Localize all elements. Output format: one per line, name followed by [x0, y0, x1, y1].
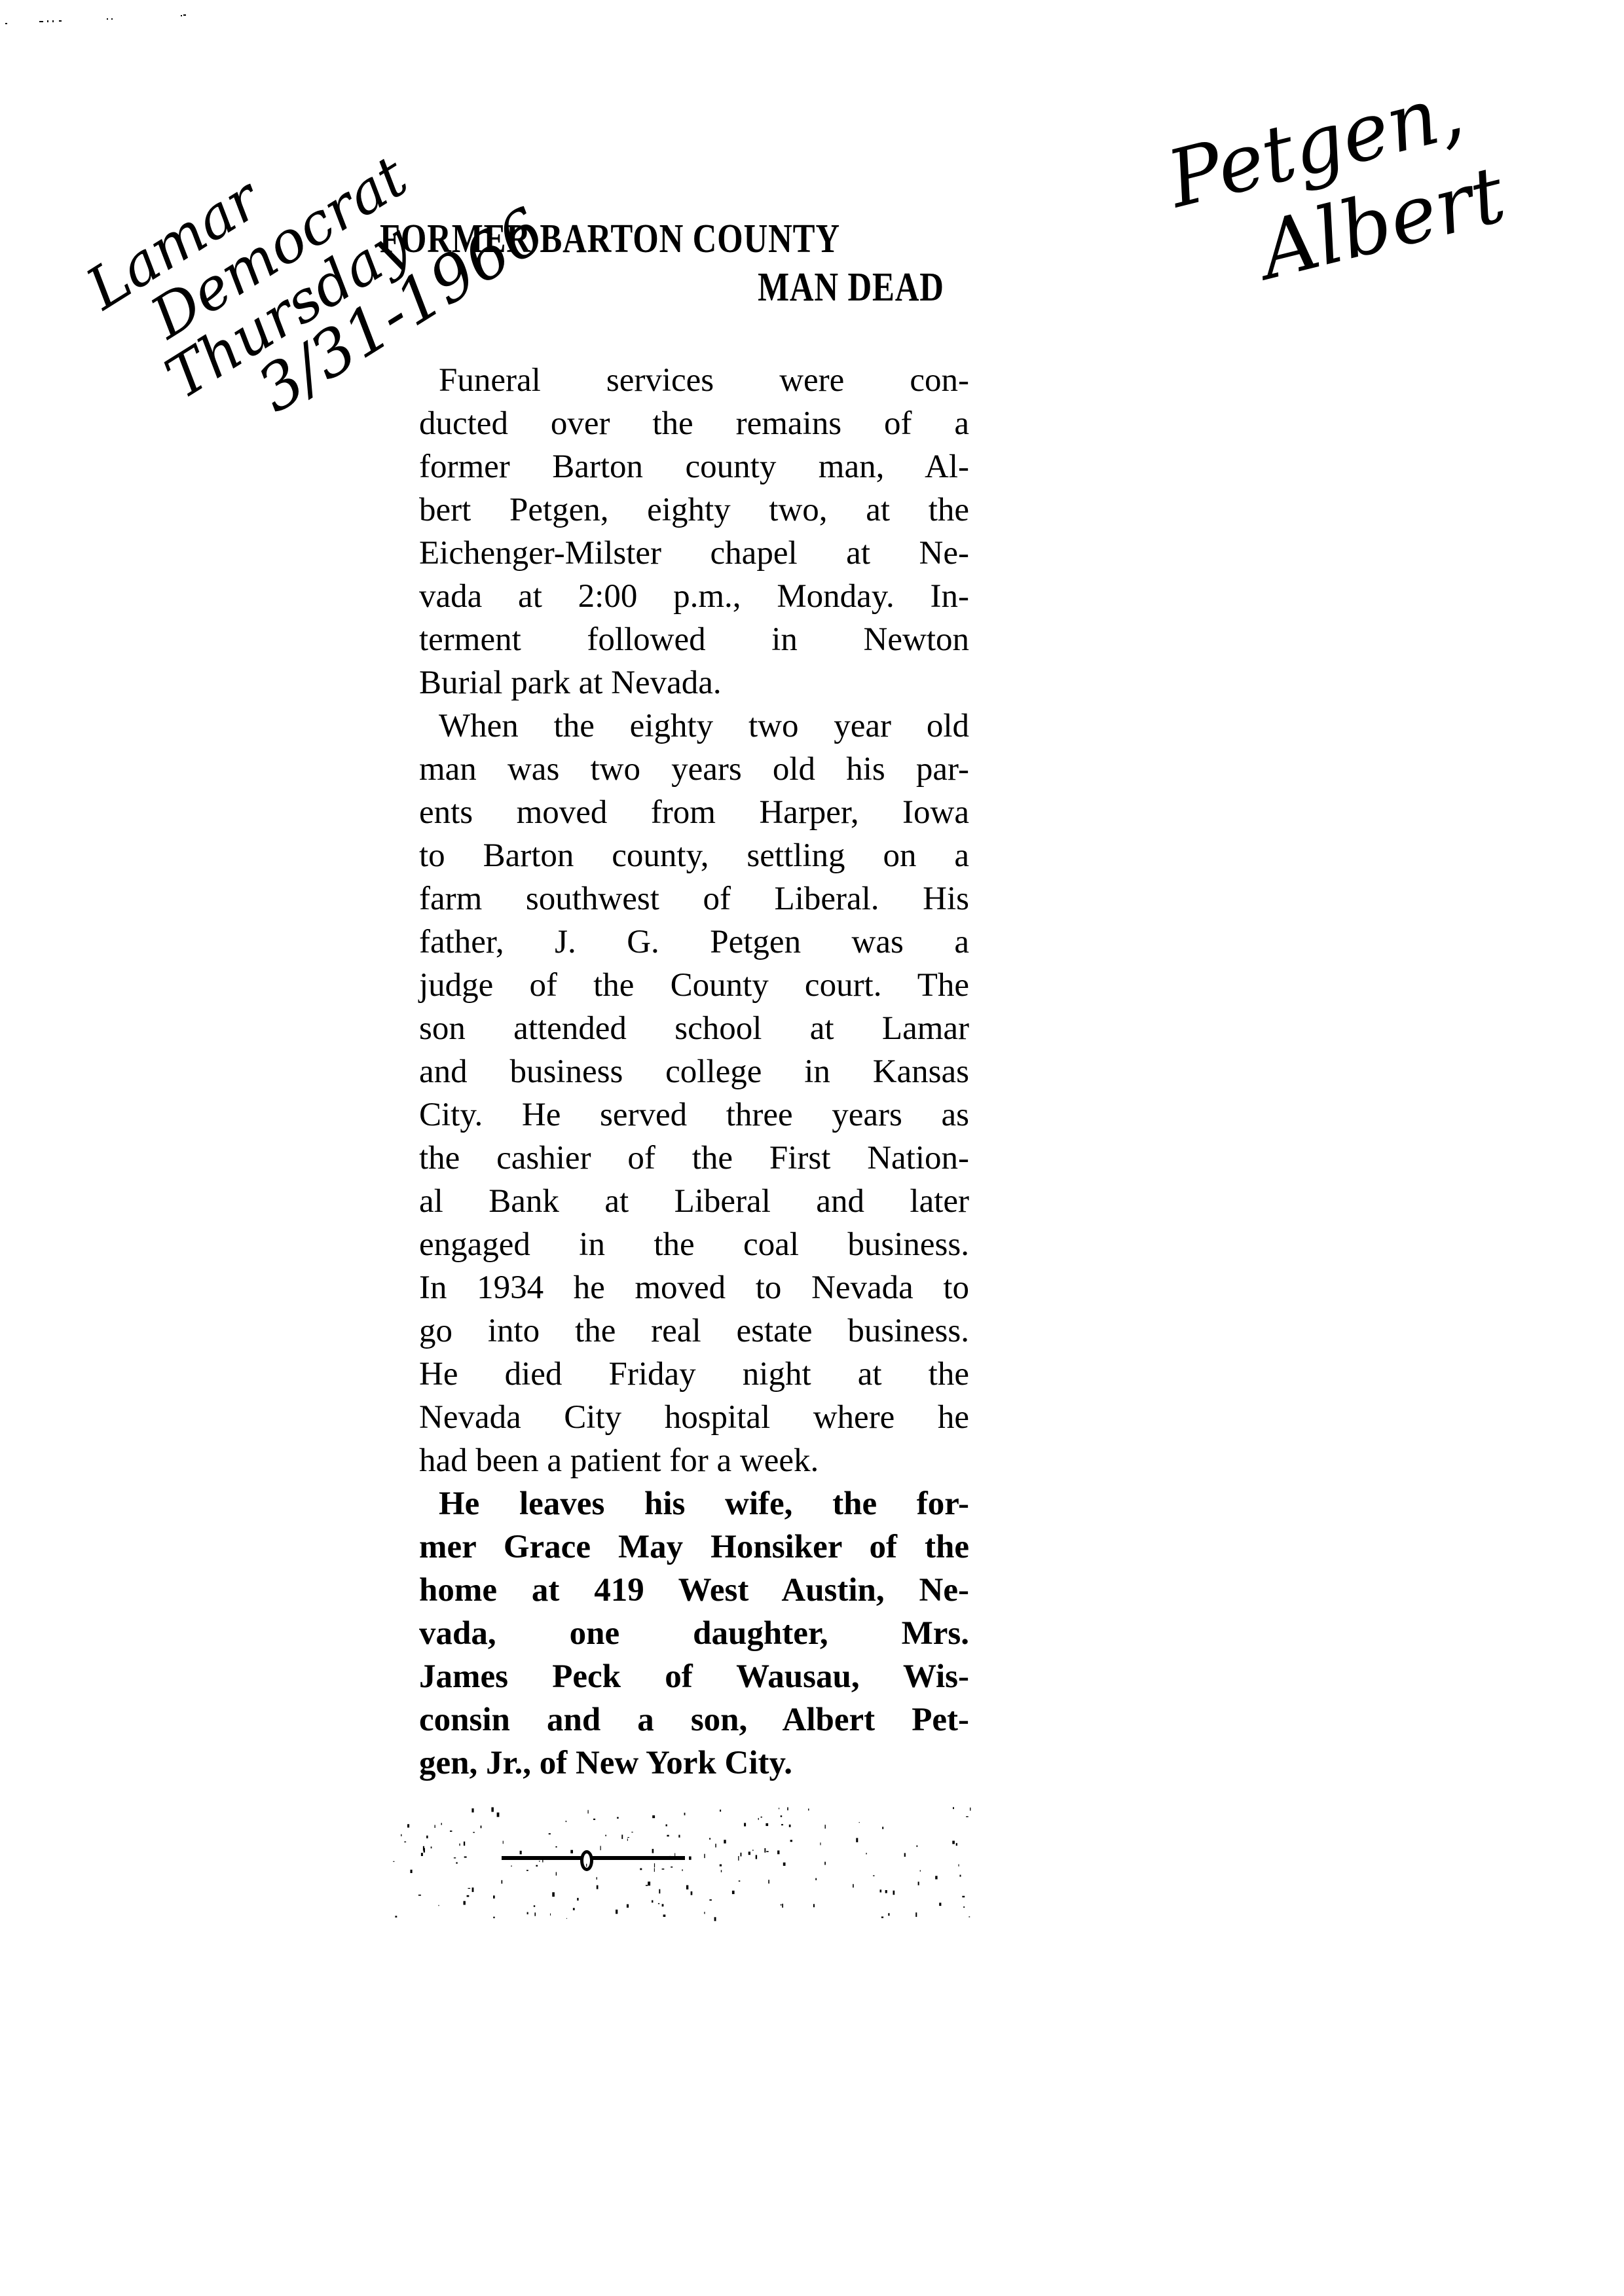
- article-line: vada, one daughter, Mrs.: [419, 1612, 969, 1655]
- article-line: In 1934 he moved to Nevada to: [419, 1266, 969, 1309]
- article-line: Burial park at Nevada.: [419, 661, 969, 704]
- article-line: mer Grace May Honsiker of the: [419, 1525, 969, 1569]
- article-line: He leaves his wife, the for-: [419, 1482, 969, 1525]
- scan-specks: [0, 0, 262, 39]
- article-line: Eichenger-Milster chapel at Ne-: [419, 532, 969, 575]
- article-line: man was two years old his par-: [419, 748, 969, 791]
- article-line: and business college in Kansas: [419, 1050, 969, 1093]
- article-line: City. He served three years as: [419, 1093, 969, 1137]
- headline: FORMER BARTON COUNTY MAN DEAD: [380, 215, 843, 312]
- headline-line-1: FORMER BARTON COUNTY: [380, 215, 944, 263]
- article-line: ducted over the remains of a: [419, 402, 969, 445]
- article-line: to Barton county, settling on a: [419, 834, 969, 877]
- article-line: judge of the County court. The: [419, 964, 969, 1007]
- article-line: He died Friday night at the: [419, 1353, 969, 1396]
- article-line: former Barton county man, Al-: [419, 445, 969, 488]
- article-line: gen, Jr., of New York City.: [419, 1741, 969, 1785]
- article-line: the cashier of the First Nation-: [419, 1137, 969, 1180]
- article-line: father, J. G. Petgen was a: [419, 920, 969, 964]
- handwritten-subject-note: Petgen, Albert: [1159, 60, 1514, 316]
- article-line: al Bank at Liberal and later: [419, 1180, 969, 1223]
- article-body: Funeral services were con-ducted over th…: [419, 359, 969, 1785]
- article-line: James Peck of Wausau, Wis-: [419, 1655, 969, 1698]
- article-line: Nevada City hospital where he: [419, 1396, 969, 1439]
- article-line: go into the real estate business.: [419, 1309, 969, 1353]
- article-line: engaged in the coal business.: [419, 1223, 969, 1266]
- article-line: ents moved from Harper, Iowa: [419, 791, 969, 834]
- article-line: terment followed in Newton: [419, 618, 969, 661]
- article-line: bert Petgen, eighty two, at the: [419, 488, 969, 532]
- article-line: Funeral services were con-: [419, 359, 969, 402]
- article-line: had been a patient for a week.: [419, 1439, 969, 1482]
- article-line: farm southwest of Liberal. His: [419, 877, 969, 920]
- article-line: vada at 2:00 p.m., Monday. In-: [419, 575, 969, 618]
- headline-line-2: MAN DEAD: [380, 263, 944, 312]
- article-line: consin and a son, Albert Pet-: [419, 1698, 969, 1741]
- article-line: home at 419 West Austin, Ne-: [419, 1569, 969, 1612]
- article-line: son attended school at Lamar: [419, 1007, 969, 1050]
- scan-noise: [393, 1807, 982, 1925]
- article-line: When the eighty two year old: [419, 704, 969, 748]
